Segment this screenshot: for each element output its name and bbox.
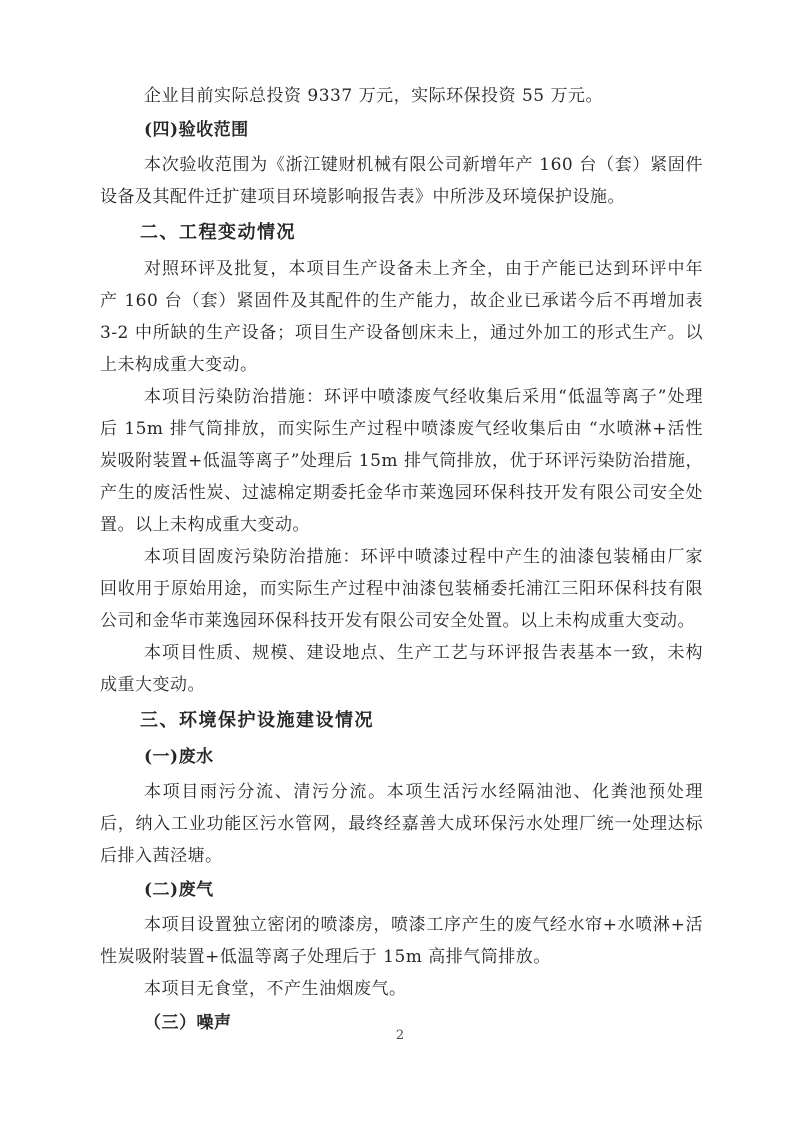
paragraph: 本项目性质、规模、建设地点、生产工艺与环评报告表基本一致，未构成重大变动。 <box>100 637 703 701</box>
paragraph: 本项目无食堂，不产生油烟废气。 <box>100 973 703 1005</box>
document-body: 企业目前实际总投资 9337 万元，实际环保投资 55 万元。 (四)验收范围 … <box>100 80 703 1042</box>
paragraph: 本次验收范围为《浙江键财机械有限公司新增年产 160 台（套）紧固件设备及其配件… <box>100 149 703 213</box>
subsection-heading: (四)验收范围 <box>100 114 703 146</box>
paragraph: 本项目雨污分流、清污分流。本项生活污水经隔油池、化粪池预处理后，纳入工业功能区污… <box>100 776 703 872</box>
page-number: 2 <box>0 1026 800 1046</box>
section-heading: 三、环境保护设施建设情况 <box>100 704 703 738</box>
paragraph: 本项目设置独立密闭的喷漆房，喷漆工序产生的废气经水帘+水喷淋+活性炭吸附装置+低… <box>100 909 703 973</box>
subsection-heading: (一)废水 <box>100 741 703 773</box>
section-heading: 二、工程变动情况 <box>100 216 703 250</box>
document-page: 企业目前实际总投资 9337 万元，实际环保投资 55 万元。 (四)验收范围 … <box>0 0 800 1131</box>
subsection-heading: (二)废气 <box>100 874 703 906</box>
paragraph: 对照环评及批复，本项目生产设备未上齐全，由于产能已达到环评中年产 160 台（套… <box>100 253 703 381</box>
paragraph: 本项目固废污染防治措施：环评中喷漆过程中产生的油漆包装桶由厂家回收用于原始用途，… <box>100 541 703 637</box>
paragraph: 企业目前实际总投资 9337 万元，实际环保投资 55 万元。 <box>100 80 703 112</box>
paragraph: 本项目污染防治措施：环评中喷漆废气经收集后采用“低温等离子”处理后 15m 排气… <box>100 381 703 541</box>
